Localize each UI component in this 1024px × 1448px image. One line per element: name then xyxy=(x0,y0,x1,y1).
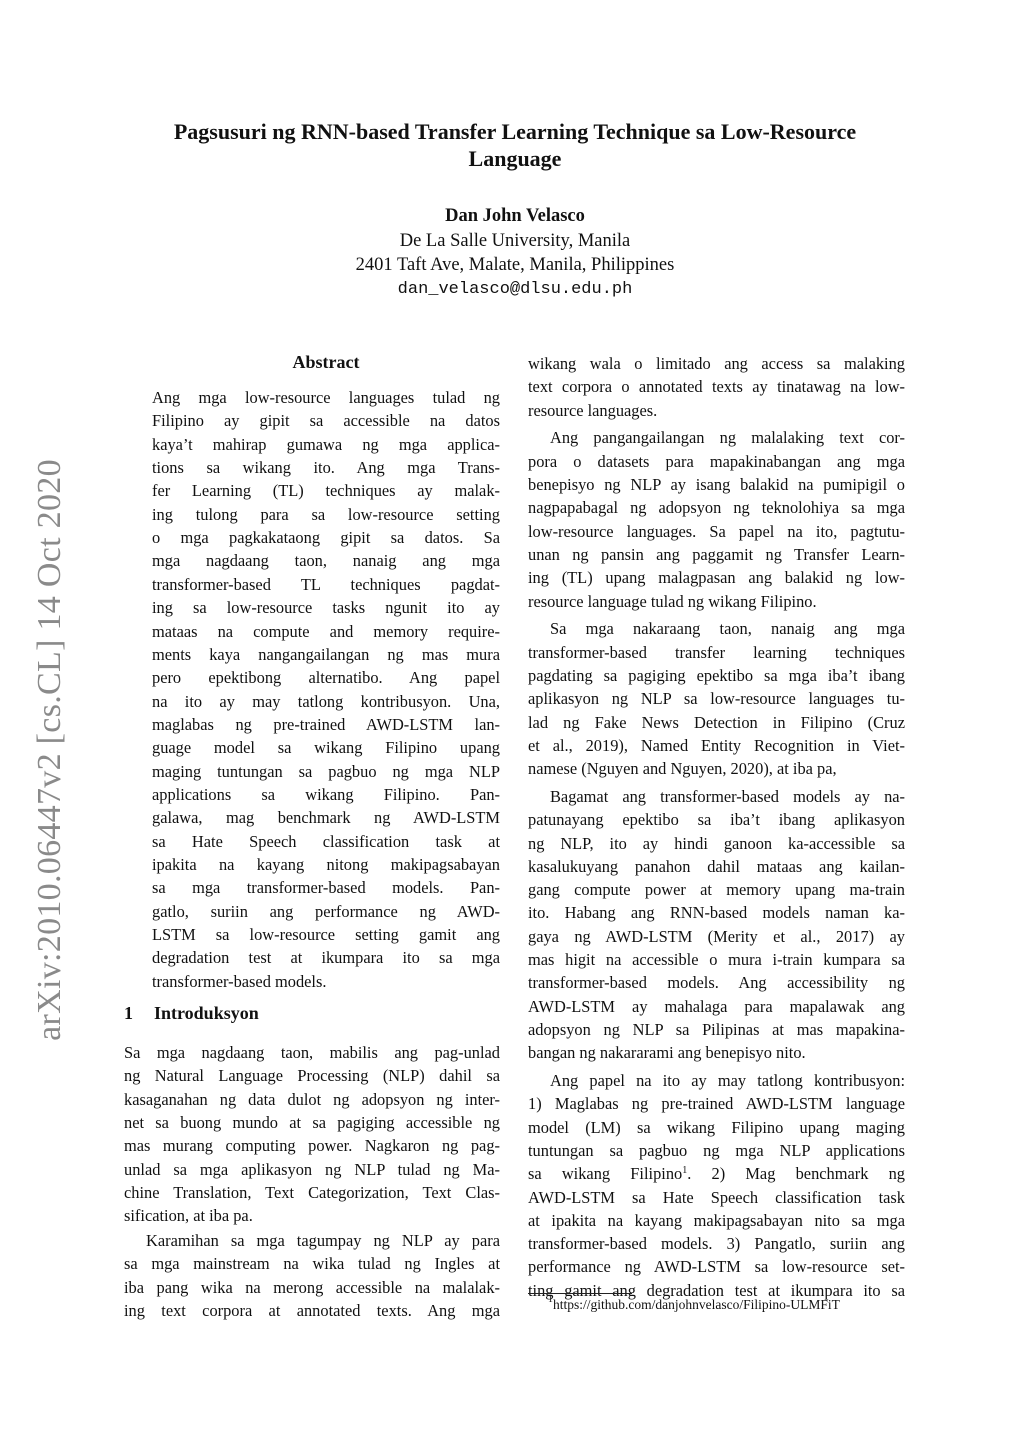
text-line: model (LM) sa wikang Filipino upang magi… xyxy=(528,1116,905,1139)
section-heading: 1Introduksyon xyxy=(124,1003,259,1024)
text-line: Bagamat ang transformer-based models ay … xyxy=(550,785,905,808)
text-line: Ang papel na ito ay may tatlong kontribu… xyxy=(550,1069,905,1092)
text-line: namese (Nguyen and Nguyen, 2020), at iba… xyxy=(528,757,905,780)
text-line: sa wikang Filipino1. 2) Mag benchmark ng xyxy=(528,1162,905,1185)
text-line: ments kaya nangangailangan ng mas mura xyxy=(152,643,500,666)
text-line: gaya ng AWD-LSTM (Merity et al., 2017) a… xyxy=(528,925,905,948)
text-line: kasalukuyang panahon dahil mataas ang ka… xyxy=(528,855,905,878)
author-address: 2401 Taft Ave, Malate, Manila, Philippin… xyxy=(200,253,830,278)
text-line: ng Natural Language Processing (NLP) dah… xyxy=(124,1064,500,1087)
text-line: transformer-based models. Ang accessibil… xyxy=(528,971,905,994)
text-line: ing sa low-resource tasks ngunit ito ay xyxy=(152,596,500,619)
text-line: transformer-based models. 3) Pangatlo, s… xyxy=(528,1232,905,1255)
text-line: tions sa wikang ito. Ang mga Trans- xyxy=(152,456,500,479)
text-line: benepisyo ng NLP ay isang balakid na pum… xyxy=(528,473,905,496)
text-line: mas higit na accessible o mura i-train k… xyxy=(528,948,905,971)
text-line: maglabas ng pre-trained AWD-LSTM lan- xyxy=(152,713,500,736)
text-line: aplikasyon ng NLP sa low-resource langua… xyxy=(528,687,905,710)
text-line: at ipakita na kayang makipagsabayan nito… xyxy=(528,1209,905,1232)
author-affiliation: De La Salle University, Manila xyxy=(200,229,830,254)
text-line: ng NLP, ito ay hindi ganoon ka-accessibl… xyxy=(528,832,905,855)
text-line: adopsyon ng NLP sa Pilipinas at mas mapa… xyxy=(528,1018,905,1041)
text-line: nagpapabagal ng adopsyon ng teknolohiya … xyxy=(528,496,905,519)
text-line: sa mga mainstream na wika tulad ng Ingle… xyxy=(124,1252,500,1275)
text-line: Sa mga nakaraang taon, nanaig ang mga xyxy=(550,617,905,640)
text-line: mataas na compute and memory require- xyxy=(152,620,500,643)
text-line: lad ng Fake News Detection in Filipino (… xyxy=(528,711,905,734)
text-line: pagdating sa pagiging epektibo sa mga ib… xyxy=(528,664,905,687)
text-line: ing text corpora at annotated texts. Ang… xyxy=(124,1299,500,1322)
text-line: o mga pagkakataong gipit sa datos. Sa xyxy=(152,526,500,549)
footnote-mark: 1 xyxy=(548,1294,553,1305)
text-line: 1) Maglabas ng pre-trained AWD-LSTM lang… xyxy=(528,1092,905,1115)
text-line: sa Hate Speech classification task at xyxy=(152,830,500,853)
text-line: kaya’t mahirap gumawa ng mga applica- xyxy=(152,433,500,456)
text-line: ing (TL) upang malagpasan ang balakid ng… xyxy=(528,566,905,589)
text-line: unan ng pansin ang paggamit ng Transfer … xyxy=(528,543,905,566)
text-line: wikang wala o limitado ang access sa mal… xyxy=(528,352,905,375)
text-line: gang compute power at memory upang ma-tr… xyxy=(528,878,905,901)
text-line: resource languages. xyxy=(528,399,905,422)
text-line: transformer-based models. xyxy=(152,970,500,993)
text-line: patunayang epektibo sa iba’t ibang aplik… xyxy=(528,808,905,831)
arxiv-stamp: arXiv:2010.06447v2 [cs.CL] 14 Oct 2020 xyxy=(31,459,69,1041)
text-line: transformer-based transfer learning tech… xyxy=(528,641,905,664)
section-title: Introduksyon xyxy=(154,1003,259,1023)
text-line: Filipino ay gipit sa accessible na datos xyxy=(152,409,500,432)
text-line: na ito ay may tatlong kontribusyon. Una, xyxy=(152,690,500,713)
footnote-link[interactable]: https://github.com/danjohnvelasco/Filipi… xyxy=(553,1297,840,1312)
title-line-1: Pagsusuri ng RNN-based Transfer Learning… xyxy=(120,118,910,145)
text-line: degradation test at ikumpara ito sa mga xyxy=(152,946,500,969)
text-line: gatlo, suriin ang performance ng AWD- xyxy=(152,900,500,923)
text-line: sa mga transformer-based models. Pan- xyxy=(152,876,500,899)
text-line: mas murang computing power. Nagkaron ng … xyxy=(124,1134,500,1157)
paper-title: Pagsusuri ng RNN-based Transfer Learning… xyxy=(120,118,910,172)
text-line: ipakita na kayang nitong makipagsabayan xyxy=(152,853,500,876)
text-line: kasaganahan ng data dulot ng adopsyon ng… xyxy=(124,1088,500,1111)
text-line: fer Learning (TL) techniques ay malak- xyxy=(152,479,500,502)
text-line: net sa buong mundo at sa pagiging access… xyxy=(124,1111,500,1134)
text-line: LSTM sa low-resource setting gamit ang xyxy=(152,923,500,946)
text-line: maging tuntungan sa pagbuo ng mga NLP xyxy=(152,760,500,783)
text-line: pero epektibong alternatibo. Ang papel xyxy=(152,666,500,689)
author-block: Dan John Velasco De La Salle University,… xyxy=(200,204,830,302)
text-line: Ang pangangailangan ng malalaking text c… xyxy=(550,426,905,449)
text-line: chine Translation, Text Categorization, … xyxy=(124,1181,500,1204)
text-line: sification, at iba pa. xyxy=(124,1204,500,1227)
text-line: ing tulong para sa low-resource setting xyxy=(152,503,500,526)
footnote-ref[interactable]: 1 xyxy=(682,1165,687,1176)
text-line: unlad sa mga aplikasyon ng NLP tulad ng … xyxy=(124,1158,500,1181)
text-line: pora o datasets para mapakinabangan ang … xyxy=(528,450,905,473)
author-email: dan_velasco@dlsu.edu.ph xyxy=(200,278,830,303)
text-line: transformer-based TL techniques pagdat- xyxy=(152,573,500,596)
text-line: low-resource languages. Sa papel na ito,… xyxy=(528,520,905,543)
text-line: Sa mga nagdaang taon, mabilis ang pag-un… xyxy=(124,1041,500,1064)
title-line-2: Language xyxy=(120,145,910,172)
text-line: performance ng AWD-LSTM sa low-resource … xyxy=(528,1255,905,1278)
text-line: Ang mga low-resource languages tulad ng xyxy=(152,386,500,409)
section-number: 1 xyxy=(124,1003,154,1024)
text-line: iba pang wika na merong accessible na ma… xyxy=(124,1276,500,1299)
text-line: mga nagdaang taon, nanaig ang mga xyxy=(152,549,500,572)
text-line: ito. Habang ang RNN-based models naman k… xyxy=(528,901,905,924)
footnote-divider xyxy=(528,1293,632,1294)
text-line: tuntungan sa pagbuo ng mga NLP applicati… xyxy=(528,1139,905,1162)
text-line: applications sa wikang Filipino. Pan- xyxy=(152,783,500,806)
abstract-heading: Abstract xyxy=(152,352,500,373)
text-line: Karamihan sa mga tagumpay ng NLP ay para xyxy=(146,1229,500,1252)
text-line: guage model sa wikang Filipino upang xyxy=(152,736,500,759)
text-line: AWD-LSTM ay mahalaga para mapalawak ang xyxy=(528,995,905,1018)
text-line: galawa, mag benchmark ng AWD-LSTM xyxy=(152,806,500,829)
footnote: 1https://github.com/danjohnvelasco/Filip… xyxy=(548,1297,840,1313)
text-line: text corpora o annotated texts ay tinata… xyxy=(528,375,905,398)
text-line: resource language tulad ng wikang Filipi… xyxy=(528,590,905,613)
text-line: et al., 2019), Named Entity Recognition … xyxy=(528,734,905,757)
text-line: AWD-LSTM sa Hate Speech classification t… xyxy=(528,1186,905,1209)
text-line: bangan ng nakararami ang benepisyo nito. xyxy=(528,1041,905,1064)
author-name: Dan John Velasco xyxy=(200,204,830,229)
